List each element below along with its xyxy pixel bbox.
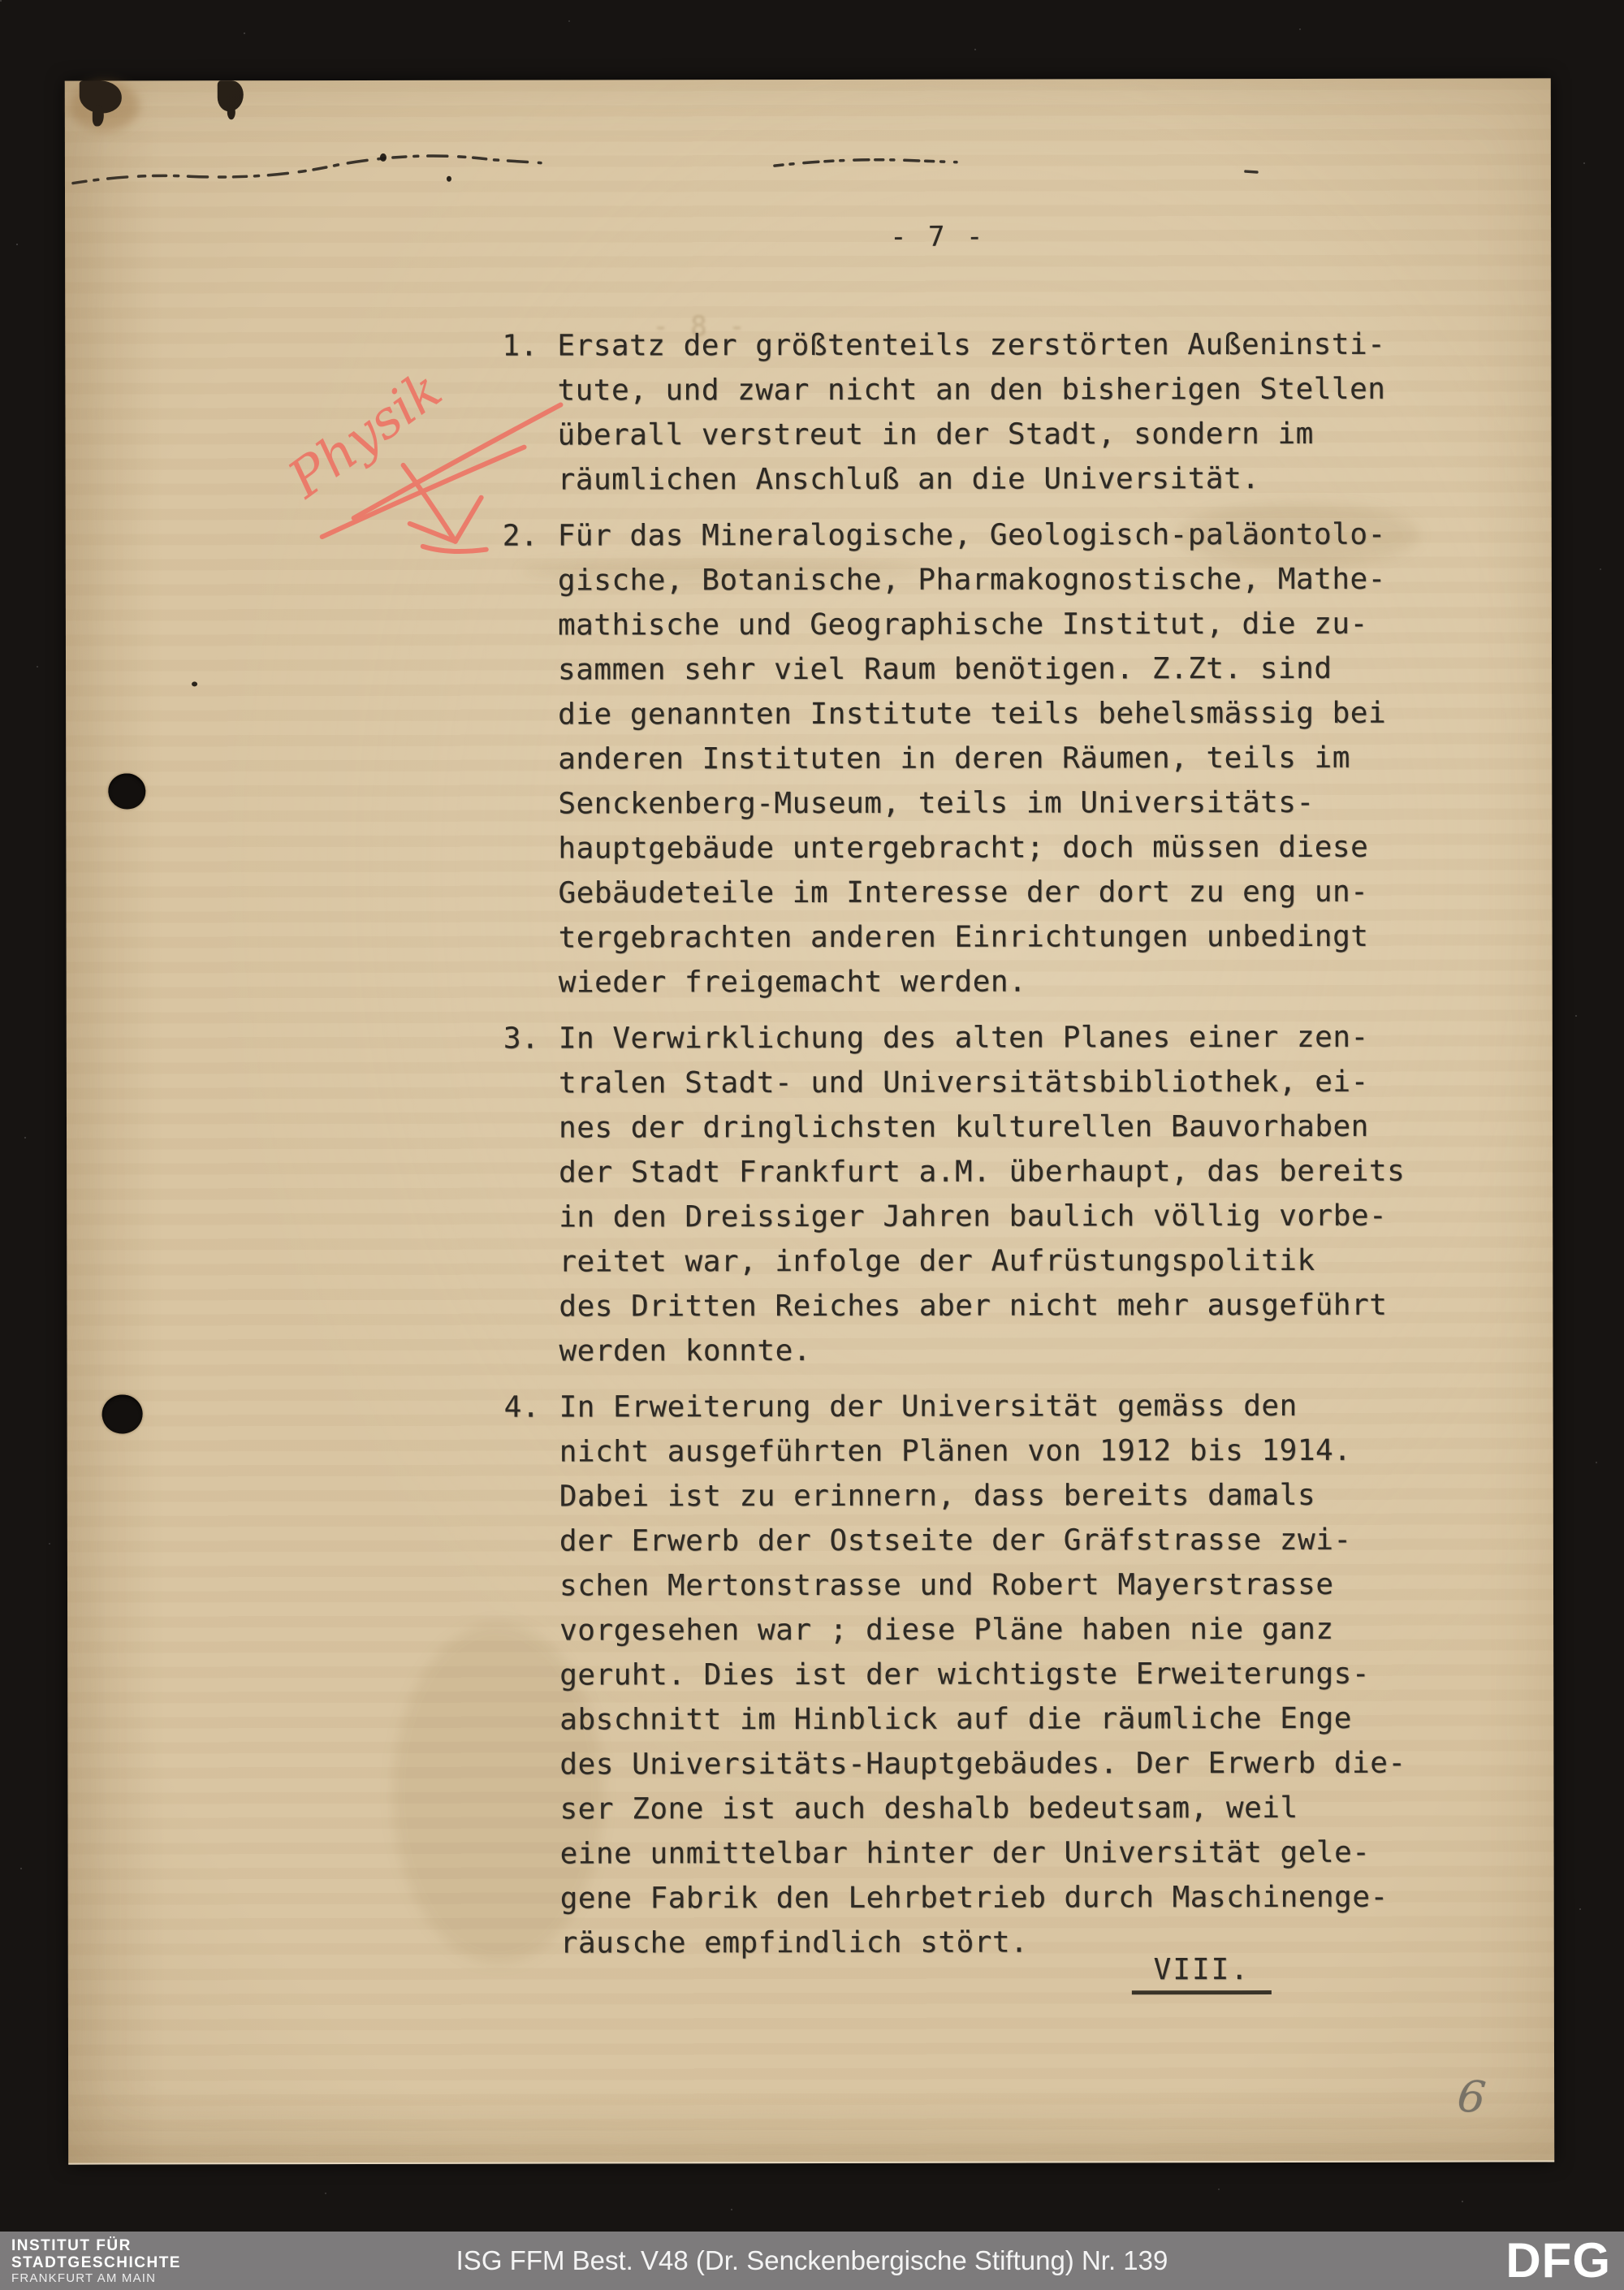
footer-bar: INSTITUT FÜR STADTGESCHICHTE FRANKFURT A… (0, 2232, 1624, 2290)
archive-reference-caption: ISG FFM Best. V48 (Dr. Senckenbergische … (0, 2245, 1624, 2276)
list-item: 3.In Verwirklichung des alten Planes ein… (503, 1015, 1462, 1374)
dust-sparkles (0, 0, 2, 2)
ink-speck (192, 681, 197, 686)
list-item: 2.Für das Mineralogische, Geologisch-pal… (503, 512, 1462, 1005)
punch-hole-bottom (100, 1393, 145, 1436)
numbered-list: 1.Ersatz der größtenteils zerstörten Auß… (502, 322, 1463, 1977)
item-number: 3. (503, 1017, 559, 1374)
section-marker: VIII. (1132, 1953, 1272, 1994)
pencil-folio-number: 6 (1455, 2070, 1488, 2124)
item-text: In Verwirklichung des alten Planes einer… (559, 1015, 1462, 1374)
red-arrow-barb (456, 498, 482, 542)
item-text: Ersatz der größtenteils zerstörten Außen… (557, 322, 1460, 503)
page-number: - 7 - (890, 221, 985, 253)
red-annotation: Physik (242, 331, 592, 600)
list-item: 1.Ersatz der größtenteils zerstörten Auß… (502, 322, 1460, 503)
red-arrow-flourish (423, 547, 486, 551)
document-page: - 8 - - 7 - 1.Ersatz der größtenteils ze… (65, 78, 1554, 2164)
punch-hole-top (106, 771, 148, 812)
item-number: 4. (504, 1385, 560, 1966)
item-text: Für das Mineralogische, Geologisch-paläo… (558, 512, 1462, 1005)
archive-scan: { "document": { "page_number": "- 7 -", … (0, 0, 1624, 2290)
ink-stain-drip (227, 105, 235, 119)
item-text: In Erweiterung der Universität gemäss de… (559, 1384, 1463, 1966)
list-item: 4.In Erweiterung der Universität gemäss … (504, 1384, 1463, 1966)
dfg-logo: DFG (1505, 2232, 1611, 2288)
scratch-mark (70, 147, 1272, 198)
